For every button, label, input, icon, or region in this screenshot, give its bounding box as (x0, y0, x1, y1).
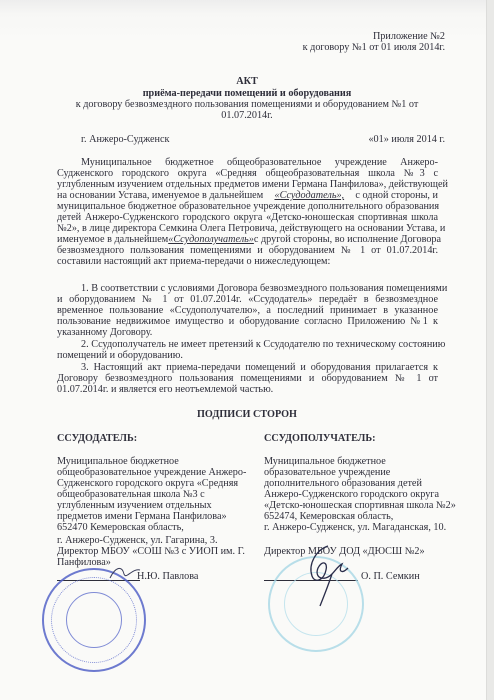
borrower-role: ССУДОПОЛУЧАТЕЛЬ: (264, 433, 375, 445)
appendix-reference: к договору №1 от 01 июля 2014г. (303, 42, 445, 54)
clause-1-line: указанному Договору. (57, 327, 438, 339)
lender-role: ССУДОДАТЕЛЬ: (57, 433, 137, 445)
lender-line: 652470 Кемеровская область, (57, 522, 184, 534)
doc-subtitle-line4: 01.07.2014г. (0, 110, 494, 122)
borrower-handwritten-signature (298, 540, 358, 610)
city: г. Анжеро-Судженск (81, 134, 169, 146)
clause-3-line: 01.07.2014г. и является его неотъемлемой… (57, 384, 438, 396)
lender-signer: Н.Ю. Павлова (137, 571, 198, 583)
lender-seal-stamp (42, 568, 146, 672)
borrower-signer: О. П. Семкин (361, 571, 420, 583)
borrower-line: г. Анжеро-Судженск, ул. Магаданская, 10. (264, 522, 446, 534)
preamble-line: составили настоящий акт приема-передачи … (57, 256, 438, 268)
lender-line: Панфилова» (57, 557, 111, 569)
date: «01» июля 2014 г. (368, 134, 445, 146)
signatures-heading: ПОДПИСИ СТОРОН (0, 409, 494, 421)
lender-handwritten-signature (108, 562, 144, 582)
doc-title: АКТ (0, 76, 494, 88)
clause-2-line: помещений и оборудованию. (57, 350, 438, 362)
